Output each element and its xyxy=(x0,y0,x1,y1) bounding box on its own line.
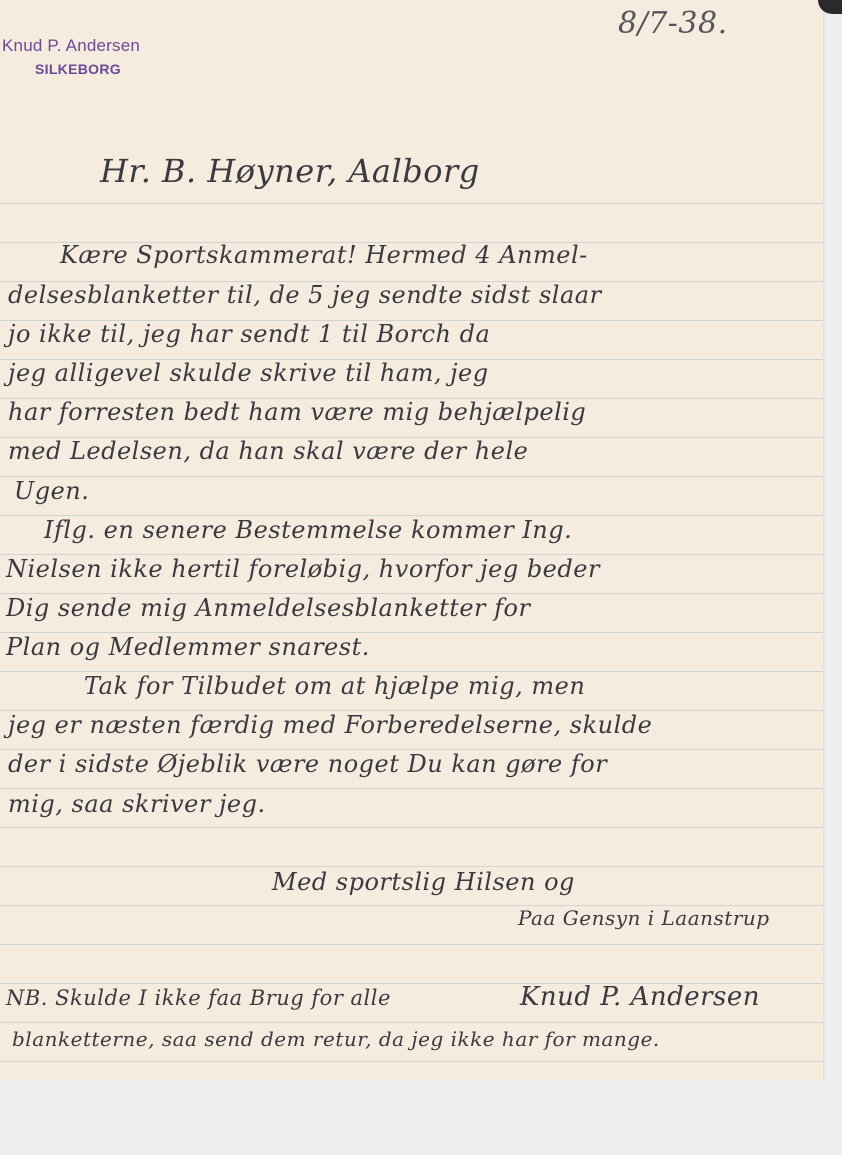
body-line: Nielsen ikke hertil foreløbig, hvorfor j… xyxy=(6,555,600,583)
body-line: jeg er næsten færdig med Forberedelserne… xyxy=(8,711,652,739)
body-line: Iflg. en senere Bestemmelse kommer Ing. xyxy=(44,516,572,544)
body-line: Ugen. xyxy=(14,477,89,505)
body-line: Tak for Tilbudet om at hjælpe mig, men xyxy=(84,672,585,700)
body-line: Dig sende mig Anmeldelsesblanketter for xyxy=(6,594,530,622)
addressee: Hr. B. Høyner, Aalborg xyxy=(100,152,480,190)
postscript-line: NB. Skulde I ikke faa Brug for alle xyxy=(6,986,391,1010)
body-line: jeg alligevel skulde skrive til ham, jeg xyxy=(8,359,489,387)
letterhead-city: SILKEBORG xyxy=(35,62,140,77)
body-line: jo ikke til, jeg har sendt 1 til Borch d… xyxy=(8,320,490,348)
body-line: Kære Sportskammerat! Hermed 4 Anmel- xyxy=(60,241,588,269)
letterhead-name: Knud P. Andersen xyxy=(2,37,140,56)
closing-farewell: Paa Gensyn i Laanstrup xyxy=(518,906,770,930)
body-line: delsesblanketter til, de 5 jeg sendte si… xyxy=(8,281,602,309)
body-line: mig, saa skriver jeg. xyxy=(8,790,266,818)
body-line: der i sidste Øjeblik være noget Du kan g… xyxy=(8,750,607,778)
letter-date: 8/7-38. xyxy=(618,6,728,41)
closing-greeting: Med sportslig Hilsen og xyxy=(272,868,575,896)
body-line: Plan og Medlemmer snarest. xyxy=(6,633,370,661)
letter-paper: Knud P. Andersen SILKEBORG 8/7-38. Hr. B… xyxy=(0,0,823,1080)
body-line: har forresten bedt ham være mig behjælpe… xyxy=(8,398,586,426)
signature: Knud P. Andersen xyxy=(520,982,760,1012)
postscript-line: blanketterne, saa send dem retur, da jeg… xyxy=(12,1027,660,1051)
letterhead-stamp: Knud P. Andersen SILKEBORG xyxy=(2,37,140,77)
body-line: med Ledelsen, da han skal være der hele xyxy=(8,437,528,465)
